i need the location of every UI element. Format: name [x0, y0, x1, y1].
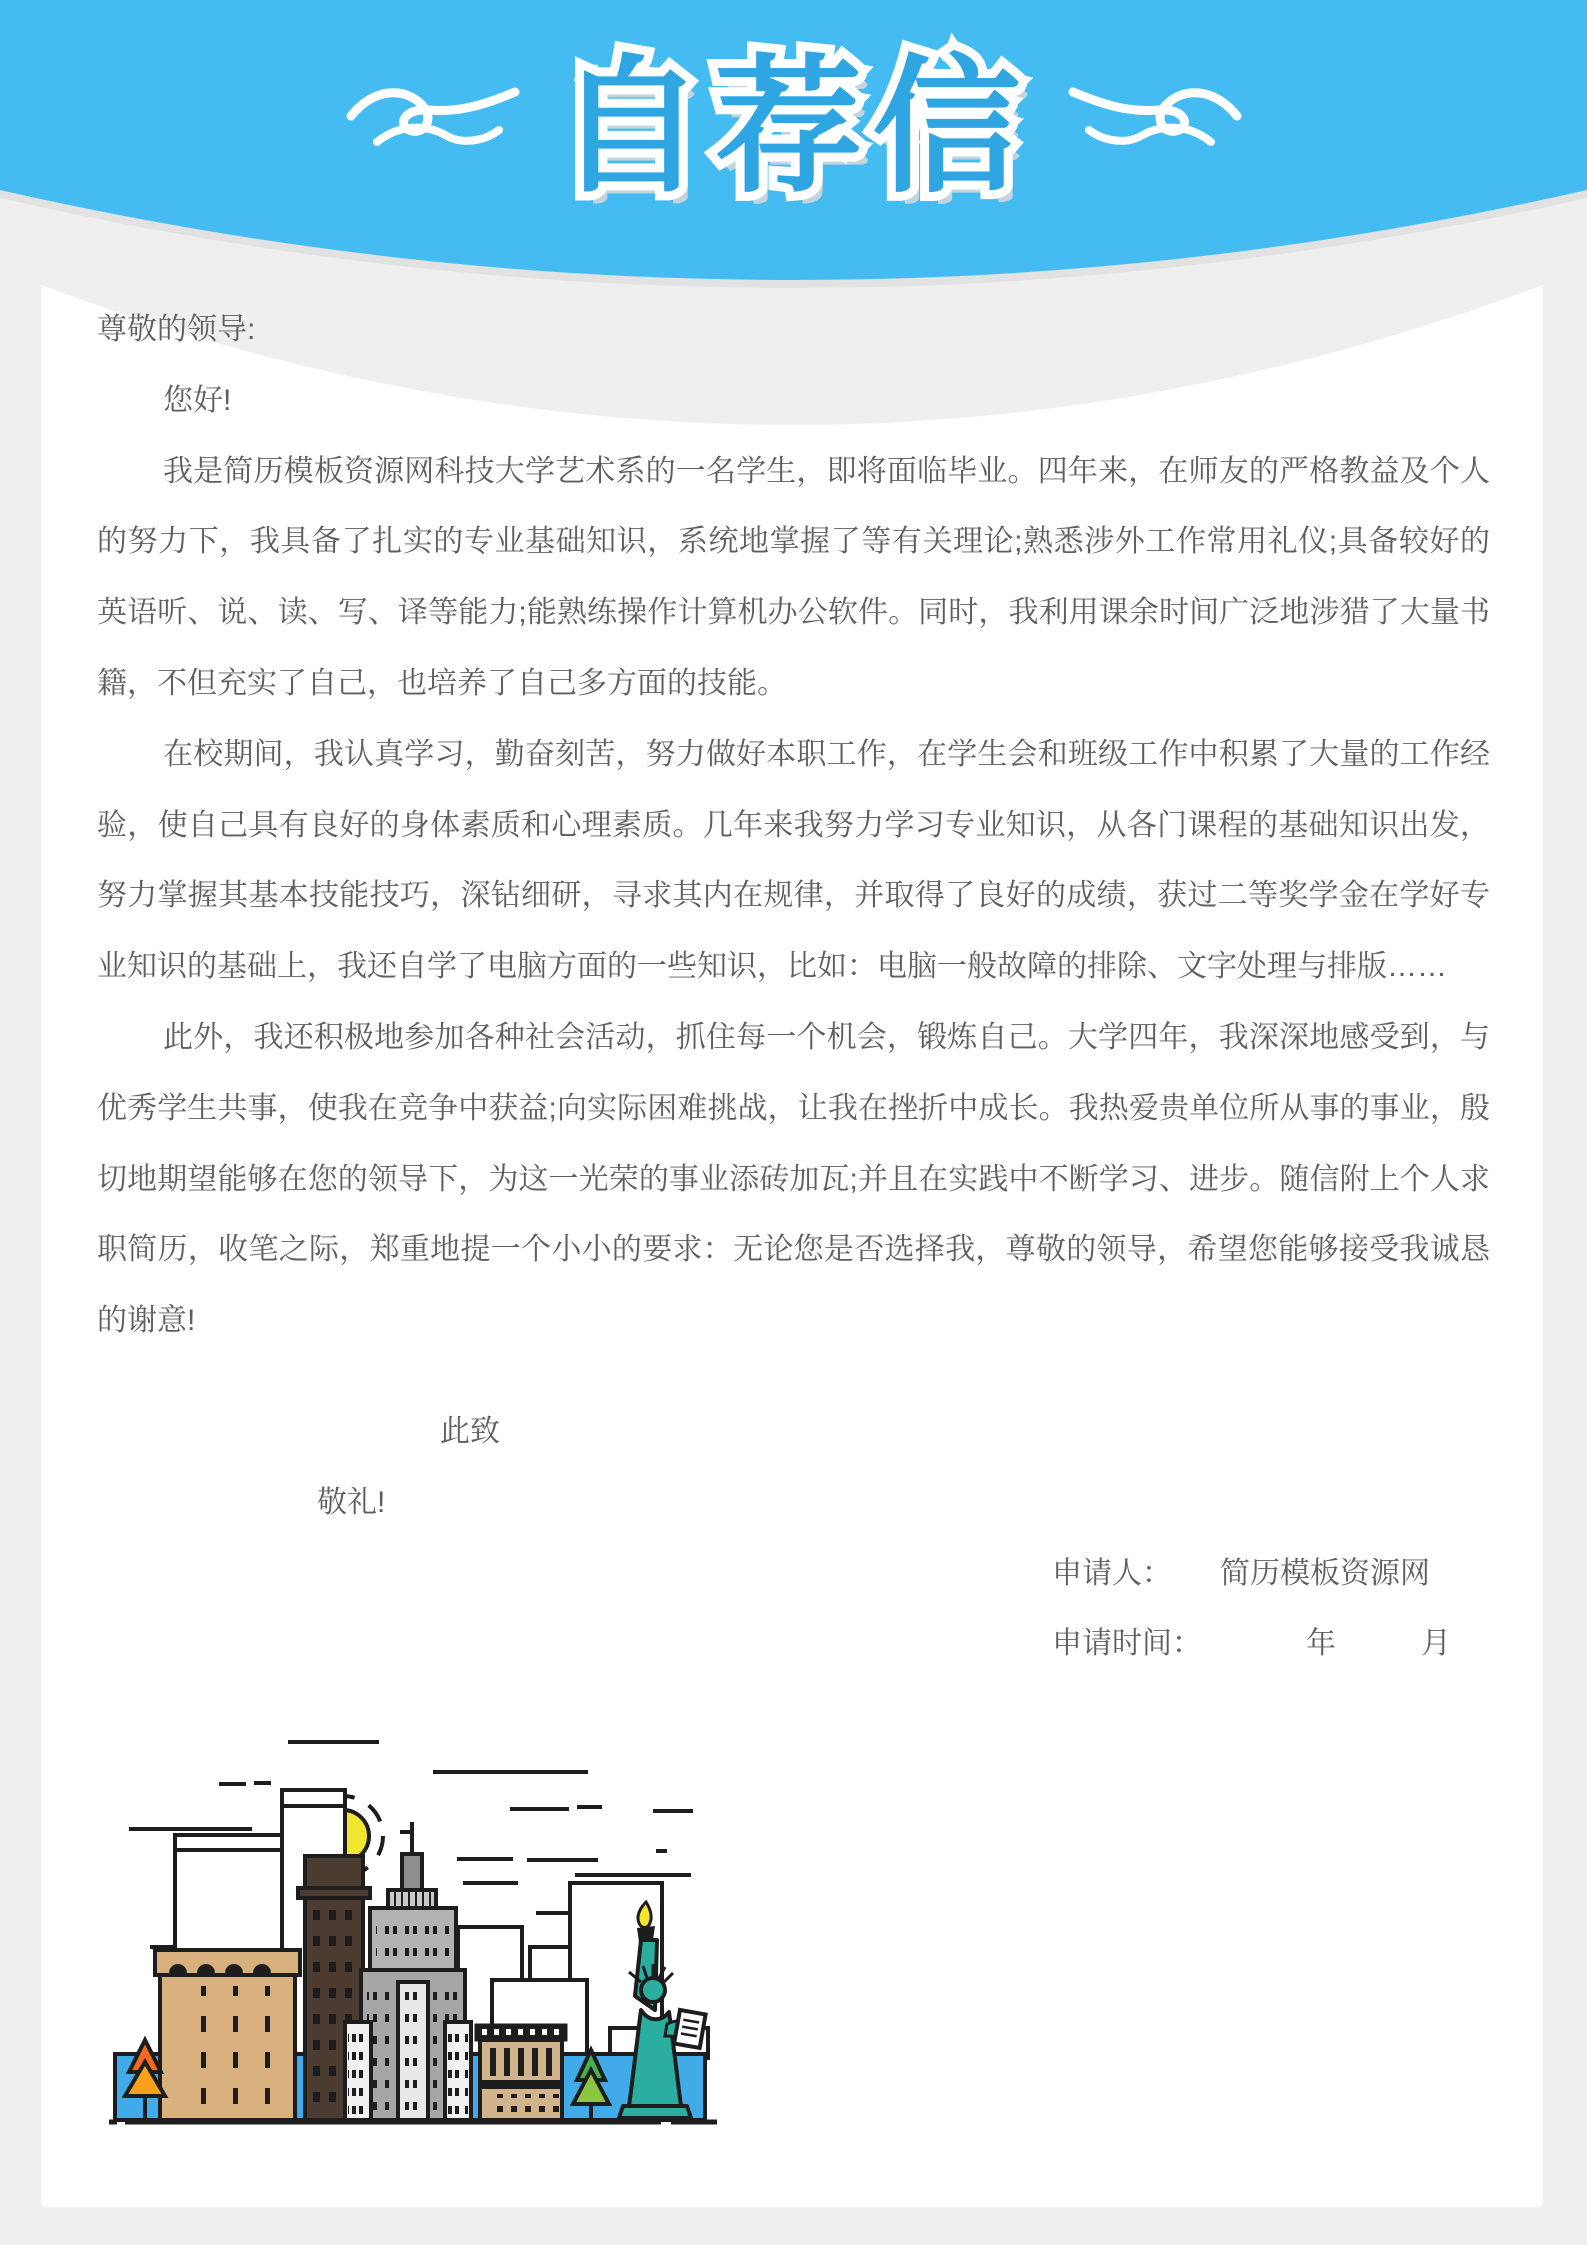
right-flourish-icon: [1065, 78, 1245, 158]
letter-body: 尊敬的领导: 您好! 我是简历模板资源网科技大学艺术系的一名学生，即将面临毕业。…: [41, 285, 1543, 2207]
left-flourish-icon: [343, 78, 523, 158]
page: { "page": { "title": "自荐信" }, "theme": {…: [0, 0, 1587, 2245]
beige-building: [476, 2025, 566, 2120]
page-title: 自荐信 自荐信: [557, 28, 1031, 228]
page-title-text: 自荐信: [557, 45, 1031, 210]
date-line: 申请时间：年月: [1052, 1609, 1490, 1680]
closing-phrase: 此致: [440, 1397, 1490, 1468]
city-skyline-illustration: [105, 1728, 725, 2128]
salutation: 您好!: [97, 366, 1490, 437]
tan-building: [155, 1950, 300, 2120]
paragraph-1: 我是简历模板资源网科技大学艺术系的一名学生，即将面临毕业。四年来，在师友的严格教…: [97, 437, 1490, 720]
paragraph-3: 此外，我还积极地参加各种社会活动，抓住每一个机会，锻炼自己。大学四年，我深深地感…: [97, 1003, 1490, 1357]
date-label: 申请时间：: [1052, 1627, 1202, 1660]
banner-title-row: 自荐信 自荐信: [0, 28, 1587, 228]
applicant-line: 申请人：简历模板资源网: [1052, 1539, 1490, 1610]
applicant-value: 简历模板资源网: [1220, 1557, 1430, 1590]
month-label: 月: [1421, 1627, 1451, 1660]
closing-salute: 敬礼!: [317, 1468, 1490, 1539]
paragraph-2: 在校期间，我认真学习，勤奋刻苦，努力做好本职工作，在学生会和班级工作中积累了大量…: [97, 720, 1490, 1003]
applicant-label: 申请人：: [1052, 1557, 1172, 1590]
year-label: 年: [1306, 1627, 1336, 1660]
